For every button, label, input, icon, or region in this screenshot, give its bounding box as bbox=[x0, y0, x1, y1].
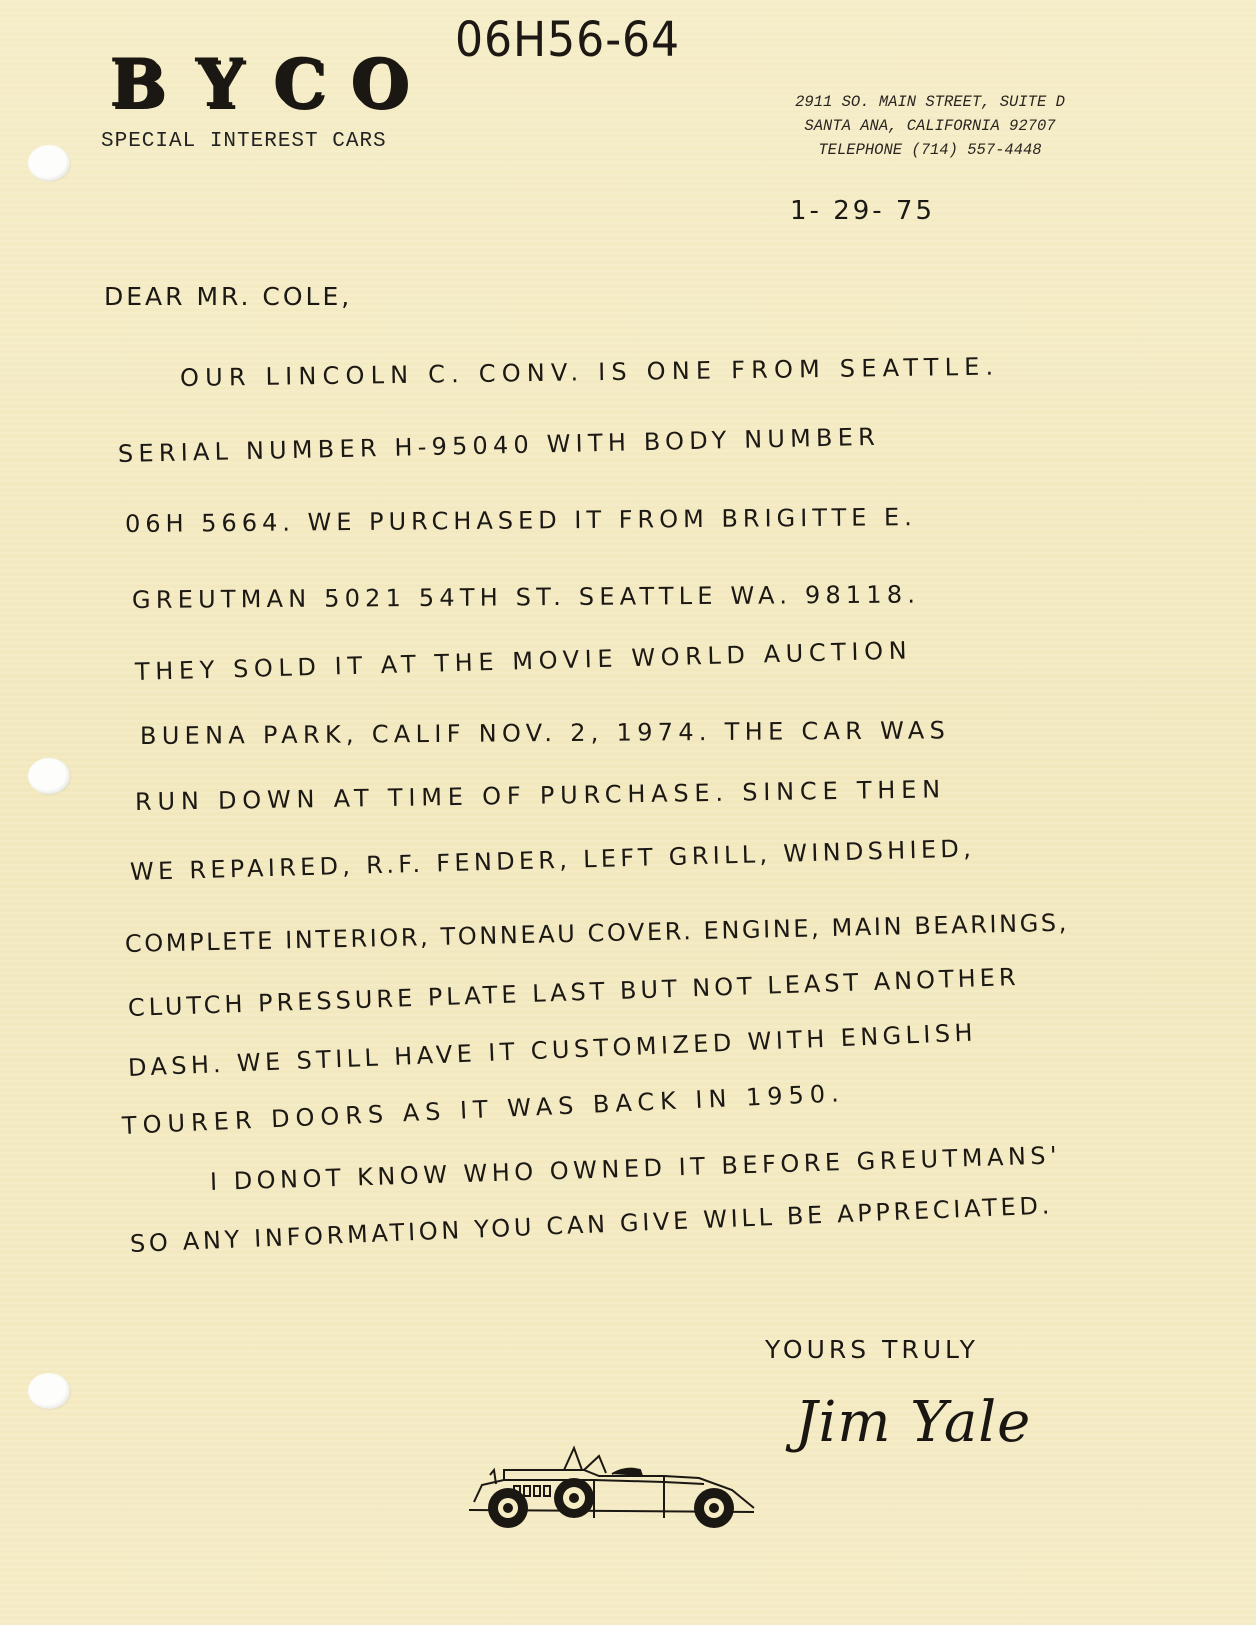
address-line-city: SANTA ANA, CALIFORNIA 92707 bbox=[745, 114, 1115, 138]
body-line: TOURER DOORS AS IT WAS BACK IN 1950. bbox=[121, 1079, 845, 1140]
binder-hole-top bbox=[28, 145, 70, 181]
logo-letter-c: C bbox=[266, 50, 332, 116]
body-line: OUR LINCOLN C. CONV. IS ONE FROM SEATTLE… bbox=[180, 353, 1000, 392]
binder-hole-middle bbox=[28, 758, 70, 794]
binder-hole-bottom bbox=[28, 1373, 70, 1409]
handwritten-reference-number: 06H56-64 bbox=[455, 12, 680, 68]
body-line: SERIAL NUMBER H-95040 WITH BODY NUMBER bbox=[118, 423, 881, 468]
salutation: DEAR MR. COLE, bbox=[104, 282, 352, 311]
body-line: I DONOT KNOW WHO OWNED IT BEFORE GREUTMA… bbox=[210, 1141, 1062, 1196]
company-tagline: SPECIAL INTEREST CARS bbox=[101, 130, 387, 153]
body-line: 06H 5664. WE PURCHASED IT FROM BRIGITTE … bbox=[125, 503, 917, 538]
body-line: DASH. WE STILL HAVE IT CUSTOMIZED WITH E… bbox=[127, 1018, 977, 1082]
address-line-street: 2911 SO. MAIN STREET, SUITE D bbox=[745, 90, 1115, 114]
body-line: COMPLETE INTERIOR, TONNEAU COVER. ENGINE… bbox=[125, 909, 1070, 958]
company-address: 2911 SO. MAIN STREET, SUITE D SANTA ANA,… bbox=[745, 90, 1115, 162]
byco-logo: B Y C O bbox=[104, 50, 424, 120]
body-line: SO ANY INFORMATION YOU CAN GIVE WILL BE … bbox=[129, 1191, 1053, 1258]
vintage-car-icon bbox=[464, 1440, 764, 1530]
signature: Jim Yale bbox=[795, 1390, 1031, 1455]
logo-letter-b: B bbox=[104, 50, 170, 116]
body-line: GREUTMAN 5021 54TH ST. SEATTLE WA. 98118… bbox=[132, 580, 920, 614]
closing: YOURS TRULY bbox=[765, 1335, 979, 1364]
letter-date: 1- 29- 75 bbox=[790, 196, 935, 226]
body-line: THEY SOLD IT AT THE MOVIE WORLD AUCTION bbox=[135, 636, 913, 686]
logo-letter-y: Y bbox=[186, 50, 252, 116]
address-line-telephone: TELEPHONE (714) 557-4448 bbox=[745, 138, 1115, 162]
body-line: BUENA PARK, CALIF NOV. 2, 1974. THE CAR … bbox=[140, 716, 950, 750]
body-line: WE REPAIRED, R.F. FENDER, LEFT GRILL, WI… bbox=[130, 834, 976, 886]
body-line: CLUTCH PRESSURE PLATE LAST BUT NOT LEAST… bbox=[128, 963, 1020, 1022]
logo-letter-o: O bbox=[346, 50, 412, 116]
body-line: RUN DOWN AT TIME OF PURCHASE. SINCE THEN bbox=[135, 775, 946, 816]
